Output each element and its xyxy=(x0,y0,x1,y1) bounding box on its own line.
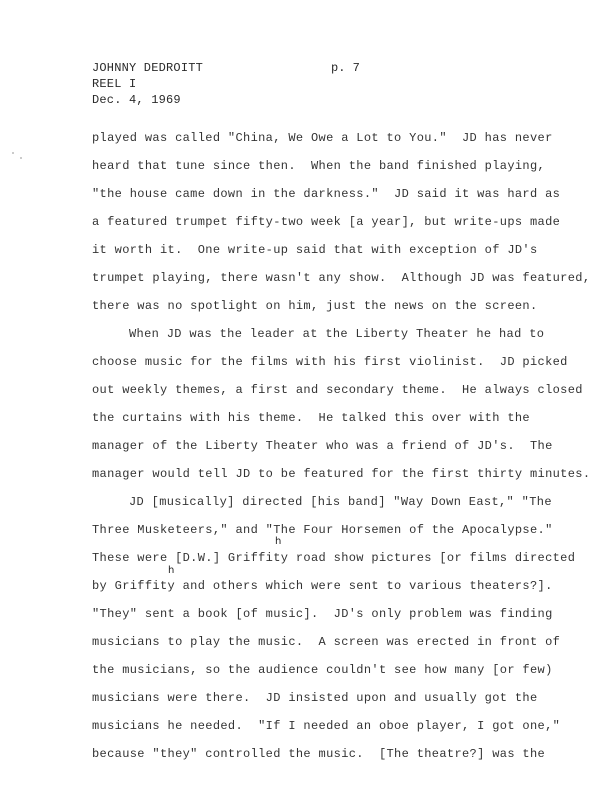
document-header: JOHNNY DEDROITT REEL I Dec. 4, 1969 xyxy=(92,60,203,108)
scan-speck xyxy=(12,152,14,154)
text-line: there was no spotlight on him, just the … xyxy=(92,298,538,314)
text-line: musicians were there. JD insisted upon a… xyxy=(92,690,538,706)
scan-speck xyxy=(20,157,22,159)
text-line: by Griffity and others which were sent t… xyxy=(92,578,553,594)
text-line: musicians he needed. "If I needed an obo… xyxy=(92,718,560,734)
text-line: "They" sent a book [of music]. JD's only… xyxy=(92,606,553,622)
text-line: the curtains with his theme. He talked t… xyxy=(92,410,530,426)
text-line: manager of the Liberty Theater who was a… xyxy=(92,438,553,454)
text-line: the musicians, so the audience couldn't … xyxy=(92,662,553,678)
handwritten-correction: h xyxy=(275,537,281,547)
paragraph-start-line: JD [musically] directed [his band] "Way … xyxy=(129,494,552,510)
text-line: manager would tell JD to be featured for… xyxy=(92,466,590,482)
document-page: JOHNNY DEDROITT REEL I Dec. 4, 1969 p. 7… xyxy=(0,0,612,792)
page-number: p. 7 xyxy=(331,60,360,76)
text-line: played was called "China, We Owe a Lot t… xyxy=(92,130,553,146)
text-line: out weekly themes, a first and secondary… xyxy=(92,382,583,398)
reel-label: REEL I xyxy=(92,76,203,92)
text-line: These were [D.W.] Griffity road show pic… xyxy=(92,550,575,566)
interview-date: Dec. 4, 1969 xyxy=(92,92,203,108)
text-line: heard that tune since then. When the ban… xyxy=(92,158,545,174)
paragraph-start-line: When JD was the leader at the Liberty Th… xyxy=(129,326,544,342)
text-line: it worth it. One write-up said that with… xyxy=(92,242,538,258)
text-line: because "they" controlled the music. [Th… xyxy=(92,746,545,762)
interviewee-name: JOHNNY DEDROITT xyxy=(92,60,203,76)
text-line: choose music for the films with his firs… xyxy=(92,354,568,370)
handwritten-correction: h xyxy=(168,566,174,576)
text-line: musicians to play the music. A screen wa… xyxy=(92,634,560,650)
text-line: "the house came down in the darkness." J… xyxy=(92,186,560,202)
text-line: trumpet playing, there wasn't any show. … xyxy=(92,270,590,286)
text-line: a featured trumpet fifty-two week [a yea… xyxy=(92,214,560,230)
text-line: Three Musketeers," and "The Four Horseme… xyxy=(92,522,553,538)
